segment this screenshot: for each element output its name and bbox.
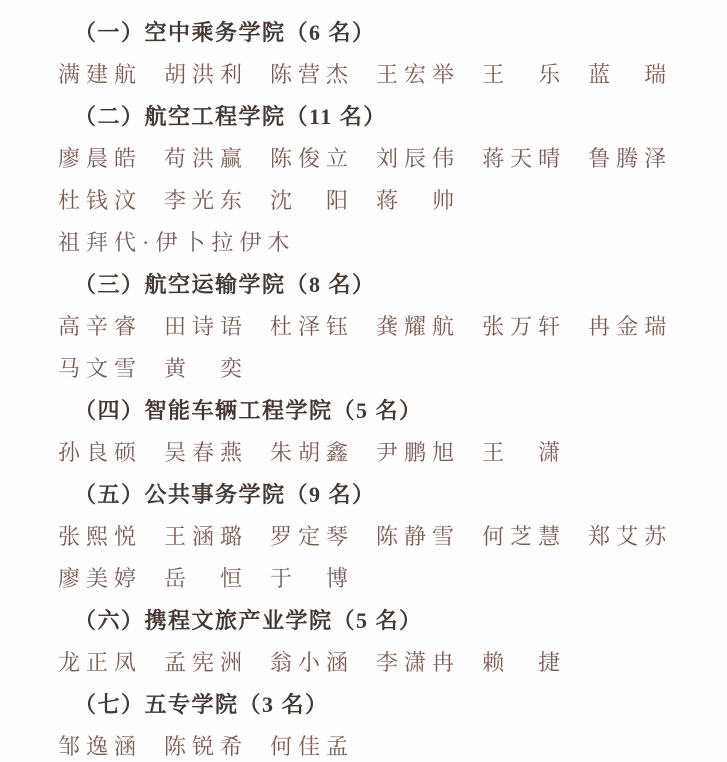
person-name: 黄 奕	[164, 352, 248, 383]
college-section: （一）空中乘务学院（6 名）满建航胡洪利陈营杰王宏举王 乐蓝 瑞	[58, 10, 697, 94]
college-section: （六）携程文旅产业学院（5 名）龙正凤孟宪洲翁小涵李潇冉赖 捷	[58, 598, 697, 682]
person-name: 郑艾苏	[588, 520, 672, 551]
name-row: 祖拜代·伊卜拉伊木	[58, 220, 697, 262]
person-name: 赖 捷	[482, 646, 566, 677]
person-name: 陈营杰	[270, 58, 354, 89]
section-heading: （五）公共事务学院（9 名）	[58, 472, 697, 514]
person-name: 翁小涵	[270, 646, 354, 677]
person-name: 刘辰伟	[376, 142, 460, 173]
person-name: 罗定琴	[270, 520, 354, 551]
person-name: 王涵璐	[164, 520, 248, 551]
name-row: 龙正凤孟宪洲翁小涵李潇冉赖 捷	[58, 640, 697, 682]
person-name: 尹鹏旭	[376, 436, 460, 467]
name-row: 廖美婷岳 恒于 博	[58, 556, 697, 598]
person-name: 陈俊立	[270, 142, 354, 173]
college-section: （三）航空运输学院（8 名）高辛睿田诗语杜泽钰龚耀航张万轩冉金瑞马文雪黄 奕	[58, 262, 697, 388]
person-name: 蓝 瑞	[588, 58, 672, 89]
person-name: 蒋天晴	[482, 142, 566, 173]
section-heading: （六）携程文旅产业学院（5 名）	[58, 598, 697, 640]
person-name: 何佳孟	[270, 730, 354, 761]
person-name: 何芝慧	[482, 520, 566, 551]
person-name: 蒋 帅	[376, 184, 460, 215]
person-name: 王 潇	[482, 436, 566, 467]
person-name: 鲁腾泽	[588, 142, 672, 173]
document-body: （一）空中乘务学院（6 名）满建航胡洪利陈营杰王宏举王 乐蓝 瑞（二）航空工程学…	[58, 10, 697, 762]
college-section: （七）五专学院（3 名）邹逸涵陈锐希何佳孟	[58, 682, 697, 762]
document-page: （一）空中乘务学院（6 名）满建航胡洪利陈营杰王宏举王 乐蓝 瑞（二）航空工程学…	[0, 0, 727, 762]
person-name: 孟宪洲	[164, 646, 248, 677]
college-section: （五）公共事务学院（9 名）张熙悦王涵璐罗定琴陈静雪何芝慧郑艾苏廖美婷岳 恒于 …	[58, 472, 697, 598]
name-row: 廖晨皓苟洪赢陈俊立刘辰伟蒋天晴鲁腾泽	[58, 136, 697, 178]
section-heading: （三）航空运输学院（8 名）	[58, 262, 697, 304]
person-name: 祖拜代·伊卜拉伊木	[58, 226, 295, 257]
person-name: 田诗语	[164, 310, 248, 341]
section-heading: （四）智能车辆工程学院（5 名）	[58, 388, 697, 430]
name-row: 孙良硕吴春燕朱胡鑫尹鹏旭王 潇	[58, 430, 697, 472]
person-name: 陈锐希	[164, 730, 248, 761]
college-section: （四）智能车辆工程学院（5 名）孙良硕吴春燕朱胡鑫尹鹏旭王 潇	[58, 388, 697, 472]
person-name: 李光东	[164, 184, 248, 215]
section-heading: （一）空中乘务学院（6 名）	[58, 10, 697, 52]
person-name: 王 乐	[482, 58, 566, 89]
person-name: 孙良硕	[58, 436, 142, 467]
person-name: 龙正凤	[58, 646, 142, 677]
person-name: 高辛睿	[58, 310, 142, 341]
name-row: 马文雪黄 奕	[58, 346, 697, 388]
section-heading: （七）五专学院（3 名）	[58, 682, 697, 724]
person-name: 冉金瑞	[588, 310, 672, 341]
name-row: 邹逸涵陈锐希何佳孟	[58, 724, 697, 762]
person-name: 沈 阳	[270, 184, 354, 215]
person-name: 岳 恒	[164, 562, 248, 593]
person-name: 朱胡鑫	[270, 436, 354, 467]
college-section: （二）航空工程学院（11 名）廖晨皓苟洪赢陈俊立刘辰伟蒋天晴鲁腾泽杜钱汶李光东沈…	[58, 94, 697, 262]
person-name: 胡洪利	[164, 58, 248, 89]
person-name: 马文雪	[58, 352, 142, 383]
person-name: 龚耀航	[376, 310, 460, 341]
name-row: 满建航胡洪利陈营杰王宏举王 乐蓝 瑞	[58, 52, 697, 94]
person-name: 王宏举	[376, 58, 460, 89]
name-row: 张熙悦王涵璐罗定琴陈静雪何芝慧郑艾苏	[58, 514, 697, 556]
person-name: 陈静雪	[376, 520, 460, 551]
person-name: 张熙悦	[58, 520, 142, 551]
person-name: 杜钱汶	[58, 184, 142, 215]
person-name: 廖美婷	[58, 562, 142, 593]
person-name: 苟洪赢	[164, 142, 248, 173]
name-row: 高辛睿田诗语杜泽钰龚耀航张万轩冉金瑞	[58, 304, 697, 346]
name-row: 杜钱汶李光东沈 阳蒋 帅	[58, 178, 697, 220]
person-name: 满建航	[58, 58, 142, 89]
person-name: 张万轩	[482, 310, 566, 341]
section-heading: （二）航空工程学院（11 名）	[58, 94, 697, 136]
person-name: 于 博	[270, 562, 354, 593]
person-name: 廖晨皓	[58, 142, 142, 173]
person-name: 邹逸涵	[58, 730, 142, 761]
person-name: 杜泽钰	[270, 310, 354, 341]
person-name: 李潇冉	[376, 646, 460, 677]
person-name: 吴春燕	[164, 436, 248, 467]
